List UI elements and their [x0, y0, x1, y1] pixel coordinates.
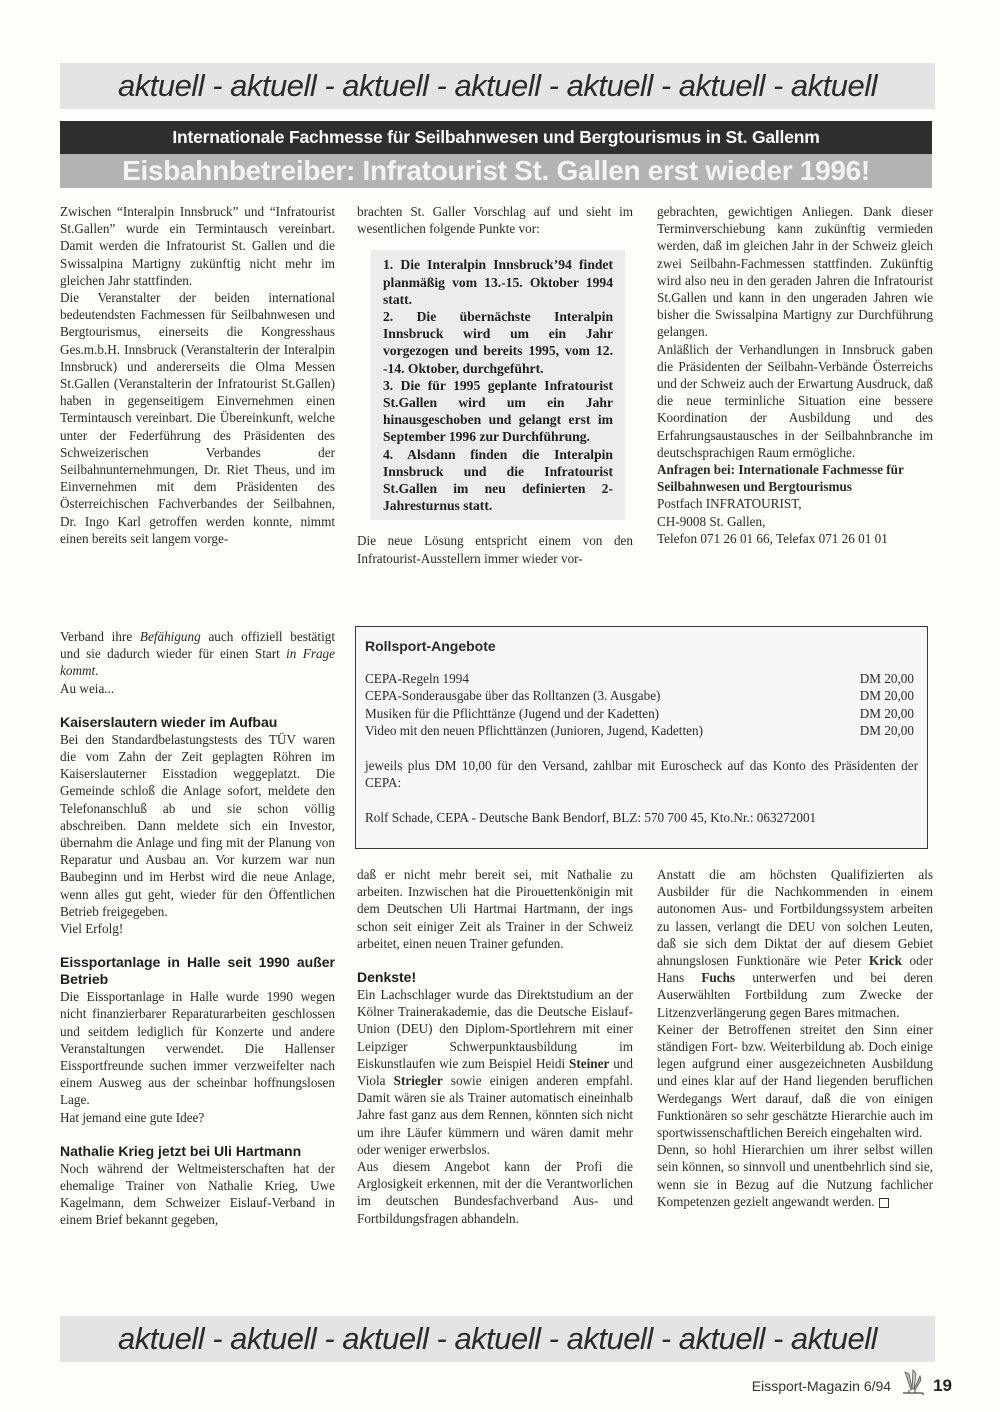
article-kicker: Internationale Fachmesse für Seilbahnwes…	[60, 121, 932, 154]
lead-column-2: brachten St. Galler Vorschlag auf und si…	[357, 203, 633, 567]
news-title: Kaiserslautern wieder im Aufbau	[60, 714, 335, 731]
news-body: Bei den Standardbelastungstests des TÜV …	[60, 731, 335, 920]
news-closing: Hat jemand eine gute Idee?	[60, 1109, 335, 1126]
aktuell-banner-bottom: aktuell - aktuell - aktuell - aktuell - …	[60, 1316, 935, 1362]
news-body: Ein Lachschlager wurde das Direktstudium…	[357, 986, 633, 1158]
paragraph: Anläßlich der Verhandlungen in Innsbruck…	[657, 341, 933, 461]
news-body: Aus diesem Angebot kann der Profi die Ar…	[357, 1158, 633, 1227]
paragraph: gebrachten, gewichtigen Anliegen. Dank d…	[657, 203, 933, 341]
offer-row: Video mit den neuen Pflichttänzen (Junio…	[365, 722, 918, 740]
contact-line: Telefon 071 26 01 66, Telefax 071 26 01 …	[657, 530, 933, 547]
news-body: Anstatt die am höchsten Qualifizierten a…	[657, 866, 933, 1021]
news-title: Denkste!	[357, 969, 633, 986]
article-headline: Eisbahnbetreiber: Infratourist St. Galle…	[60, 154, 932, 188]
news-body: Denn, so hohl Hierarchien um ihrer selbs…	[657, 1141, 933, 1210]
news-body: Die Eissportanlage in Halle wurde 1990 w…	[60, 988, 335, 1108]
shipping-note: jeweils plus DM 10,00 für den Versand, z…	[365, 757, 918, 792]
page-number: 19	[933, 1376, 952, 1396]
exclamation: Au weia...	[60, 680, 335, 697]
contact-label: Anfragen bei: Internationale Fachmesse f…	[657, 461, 933, 495]
contact-line: CH-9008 St. Gallen,	[657, 513, 933, 530]
left-news-column: Verband ihre Befähigung auch offiziell b…	[60, 628, 335, 1229]
paragraph: brachten St. Galler Vorschlag auf und si…	[357, 203, 633, 237]
lead-column-1: Zwischen “Interalpin Innsbruck” und “Inf…	[60, 203, 335, 547]
bank-account: Rolf Schade, CEPA - Deutsche Bank Bendor…	[365, 809, 918, 827]
news-title: Nathalie Krieg jetzt bei Uli Hartmann	[60, 1143, 335, 1160]
offer-list: CEPA-Regeln 1994DM 20,00 CEPA-Sonderausg…	[365, 670, 918, 740]
paragraph: Zwischen “Interalpin Innsbruck” und “Inf…	[60, 203, 335, 289]
lead-column-3: gebrachten, gewichtigen Anliegen. Dank d…	[657, 203, 933, 547]
key-point: 3. Die für 1995 geplante Infratourist St…	[383, 377, 613, 446]
key-points-box: 1. Die Interalpin Innsbruck’94 findet pl…	[371, 250, 625, 520]
key-point: 1. Die Interalpin Innsbruck’94 findet pl…	[383, 256, 613, 308]
end-of-article-icon	[879, 1198, 889, 1208]
intro-paragraph: Verband ihre Befähigung auch offiziell b…	[60, 628, 335, 680]
page-footer: Eissport-Magazin 6/94 19	[752, 1368, 952, 1403]
magazine-issue: Eissport-Magazin 6/94	[752, 1378, 891, 1394]
news-body: Noch während der Weltmeisterschaften hat…	[60, 1160, 335, 1229]
middle-news-column: daß er nicht mehr bereit sei, mit Nathal…	[357, 866, 633, 1227]
aktuell-banner-top: aktuell - aktuell - aktuell - aktuell - …	[60, 63, 935, 109]
news-closing: Viel Erfolg!	[60, 920, 335, 937]
box-title: Rollsport-Angebote	[365, 638, 918, 656]
contact-line: Postfach INFRATOURIST,	[657, 495, 933, 512]
key-point: 4. Alsdann finden die Interalpin Innsbru…	[383, 446, 613, 515]
news-body: daß er nicht mehr bereit sei, mit Nathal…	[357, 866, 633, 952]
paragraph: Die Veranstalter der beiden internationa…	[60, 289, 335, 547]
ice-skate-plant-logo-icon	[899, 1368, 925, 1403]
key-point: 2. Die übernächste Interalpin Innsbruck …	[383, 308, 613, 377]
offer-row: Musiken für die Pflichttänze (Jugend und…	[365, 705, 918, 723]
rollsport-offers-box: Rollsport-Angebote CEPA-Regeln 1994DM 20…	[355, 626, 928, 849]
news-title: Eissportanlage in Halle seit 1990 außer …	[60, 954, 335, 988]
offer-row: CEPA-Sonderausgabe über das Rolltanzen (…	[365, 687, 918, 705]
right-news-column: Anstatt die am höchsten Qualifizierten a…	[657, 866, 933, 1210]
offer-row: CEPA-Regeln 1994DM 20,00	[365, 670, 918, 688]
paragraph: Die neue Lösung entspricht einem von den…	[357, 532, 633, 566]
news-body: Keiner der Betroffenen streitet den Sinn…	[657, 1021, 933, 1141]
